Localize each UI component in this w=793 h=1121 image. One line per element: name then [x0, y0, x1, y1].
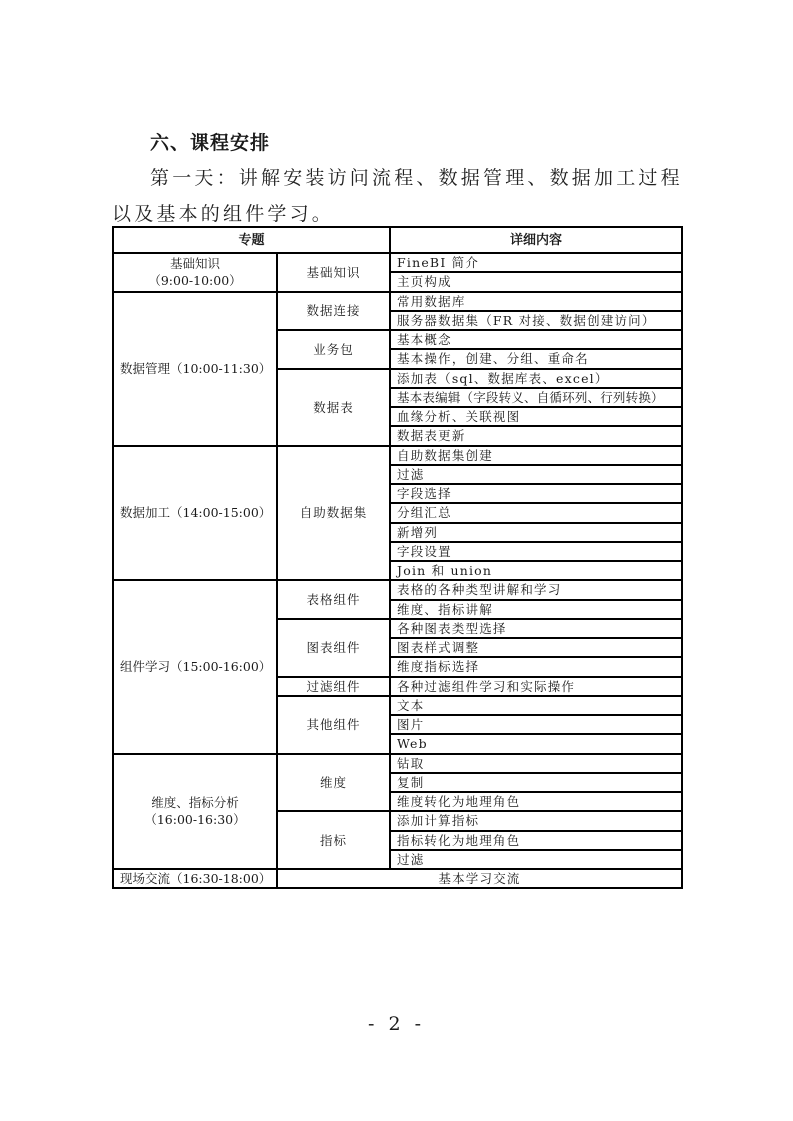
final-content-cell: 基本学习交流 — [277, 869, 682, 888]
group-cell: 其他组件 — [277, 696, 390, 754]
detail-cell: 常用数据库 — [390, 292, 682, 311]
detail-cell: 血缘分析、关联视图 — [390, 407, 682, 426]
header-detail: 详细内容 — [390, 227, 682, 253]
section-cell: 数据加工（14:00-15:00） — [113, 446, 277, 581]
detail-cell: Web — [390, 734, 682, 753]
detail-cell: 基本概念 — [390, 330, 682, 349]
section-cell: 基础知识 （9:00-10:00） — [113, 253, 277, 292]
detail-cell: 新增列 — [390, 523, 682, 542]
table-row: 数据加工（14:00-15:00） 自助数据集 自助数据集创建 — [113, 446, 682, 465]
section-heading: 六、课程安排 — [150, 128, 270, 155]
page-number: - 2 - — [0, 1013, 793, 1035]
table-row: 维度、指标分析 （16:00-16:30） 维度 钻取 — [113, 754, 682, 773]
detail-cell: 字段选择 — [390, 484, 682, 503]
intro-paragraph: 第一天：讲解安装访问流程、数据管理、数据加工过程以及基本的组件学习。 — [112, 160, 687, 232]
table-row: 数据管理（10:00-11:30） 数据连接 常用数据库 — [113, 292, 682, 311]
section-title: 维度、指标分析 — [120, 794, 270, 811]
schedule-table: 专题 详细内容 基础知识 （9:00-10:00） 基础知识 FineBI 简介… — [112, 226, 683, 889]
group-cell: 数据表 — [277, 369, 390, 446]
detail-cell: 指标转化为地理角色 — [390, 831, 682, 850]
section-cell: 现场交流（16:30-18:00） — [113, 869, 277, 888]
section-title: 基础知识 — [120, 255, 270, 272]
group-cell: 业务包 — [277, 330, 390, 369]
detail-cell: 主页构成 — [390, 272, 682, 291]
detail-cell: 复制 — [390, 773, 682, 792]
detail-cell: 数据表更新 — [390, 426, 682, 445]
section-cell: 数据管理（10:00-11:30） — [113, 292, 277, 446]
table-row: 组件学习（15:00-16:00） 表格组件 表格的各种类型讲解和学习 — [113, 580, 682, 599]
section-cell: 组件学习（15:00-16:00） — [113, 580, 277, 753]
header-topic: 专题 — [113, 227, 390, 253]
detail-cell: FineBI 简介 — [390, 253, 682, 272]
group-cell: 自助数据集 — [277, 446, 390, 581]
group-cell: 图表组件 — [277, 619, 390, 677]
detail-cell: 各种过滤组件学习和实际操作 — [390, 677, 682, 696]
table-header-row: 专题 详细内容 — [113, 227, 682, 253]
detail-cell: 文本 — [390, 696, 682, 715]
detail-cell: 分组汇总 — [390, 503, 682, 522]
detail-cell: 基本表编辑（字段转义、自循环列、行列转换） — [390, 388, 682, 407]
section-time: （16:00-16:30） — [120, 811, 270, 828]
detail-cell: Join 和 union — [390, 561, 682, 580]
detail-cell: 字段设置 — [390, 542, 682, 561]
detail-cell: 过滤 — [390, 465, 682, 484]
group-cell: 表格组件 — [277, 580, 390, 619]
detail-cell: 过滤 — [390, 850, 682, 869]
detail-cell: 添加计算指标 — [390, 811, 682, 830]
detail-cell: 添加表（sql、数据库表、excel） — [390, 369, 682, 388]
detail-cell: 图片 — [390, 715, 682, 734]
detail-cell: 维度、指标讲解 — [390, 600, 682, 619]
table-row: 基础知识 （9:00-10:00） 基础知识 FineBI 简介 — [113, 253, 682, 272]
detail-cell: 基本操作，创建、分组、重命名 — [390, 349, 682, 368]
detail-cell: 表格的各种类型讲解和学习 — [390, 580, 682, 599]
group-cell: 基础知识 — [277, 253, 390, 292]
detail-cell: 服务器数据集（FR 对接、数据创建访问） — [390, 311, 682, 330]
group-cell: 维度 — [277, 754, 390, 812]
detail-cell: 各种图表类型选择 — [390, 619, 682, 638]
table-row: 现场交流（16:30-18:00） 基本学习交流 — [113, 869, 682, 888]
detail-cell: 自助数据集创建 — [390, 446, 682, 465]
section-time: （9:00-10:00） — [120, 272, 270, 289]
detail-cell: 维度指标选择 — [390, 657, 682, 676]
detail-cell: 维度转化为地理角色 — [390, 792, 682, 811]
section-cell: 维度、指标分析 （16:00-16:30） — [113, 754, 277, 870]
detail-cell: 图表样式调整 — [390, 638, 682, 657]
group-cell: 过滤组件 — [277, 677, 390, 696]
group-cell: 指标 — [277, 811, 390, 869]
detail-cell: 钻取 — [390, 754, 682, 773]
group-cell: 数据连接 — [277, 292, 390, 331]
